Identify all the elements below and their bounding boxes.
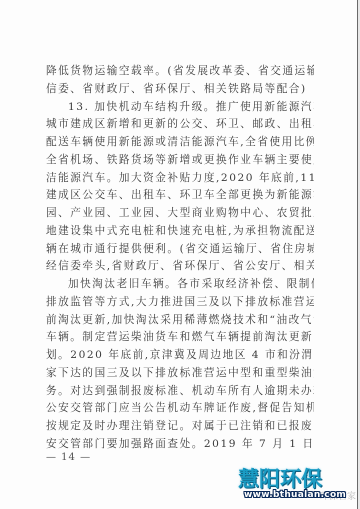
text-line: 家下达的国三及以下排放标准营运中型和重型柴油货车淘汰任 [46,365,314,383]
section-13-heading-line: 13. 加快机动车结构升级。推广使用新能源汽车。加快推进 [46,99,314,117]
text-line: 辆在城市通行提供便利。(省交通运输厅、省住房城乡建设厅、省 [46,241,314,259]
document-body: 降低货物运输空载率。(省发展改革委、省交通运输厅牵头,省经 信委、省财政厅、省环… [46,63,314,454]
page-number: — 14 — [46,452,91,463]
text-line: 务。对达到强制报废标准、机动车所有人逾期未办理注销登记的, [46,383,314,401]
text-line: 公安交管部门应当公告机动车牌证作废,督促告知机动车所有人 [46,400,314,418]
text-line: 洁能源汽车。加大资金补贴力度,2020 年底前,11 个设区市城市 [46,170,314,188]
text-line: 排放监管等方式,大力推进国三及以下排放标准营运柴油货车提 [46,294,314,312]
paragraph-start-line: 加快淘汰老旧车辆。各市采取经济补偿、限制使用、严格超标 [46,276,314,294]
text-line: 经信委牵头,省财政厅、省环保厅、省公安厅、相关铁路局等配合) [46,258,314,276]
text-line: 划。2020 年底前,京津冀及周边地区 4 市和汾渭平原 4 市完成国 [46,347,314,365]
text-line: 建成区公交车、出租车、环卫车全部更换为新能源汽车。在物流 [46,187,314,205]
text-line: 安交管部门要加强路面查处。2019 年 7 月 1 日起,重点区域提前 [46,436,314,454]
text-line: 车辆。制定营运柴油货车和燃气车辆提前淘汰更新目标及实施计 [46,329,314,347]
watermark-logo-text: 慧阳环保 [238,463,322,493]
watermark-url: www.bthualan.com [244,490,346,500]
text-line: 地建设集中式充电桩和快速充电桩,为承担物流配送的新能源车 [46,223,314,241]
document-page: 降低货物运输空载率。(省发展改革委、省交通运输厅牵头,省经 信委、省财政厅、省环… [0,0,360,509]
text-line: 前淘汰更新,加快淘汰采用稀薄燃烧技术和“油改气”的老旧燃气 [46,312,314,330]
text-line: 按规定及时办理注销登记。对属于已注销和已报废的机动车,公 [46,418,314,436]
text-line: 信委、省财政厅、省环保厅、相关铁路局等配合) [46,81,314,99]
text-line: 园、产业园、工业园、大型商业购物中心、农贸批发市场等物流集散 [46,205,314,223]
text-line: 配送车辆使用新能源或清洁能源汽车,全省使用比例达到80%; [46,134,314,152]
text-line: 全省机场、铁路货场等新增或更换作业车辆主要使用新能源或清 [46,152,314,170]
text-line: 降低货物运输空载率。(省发展改革委、省交通运输厅牵头,省经 [46,63,314,81]
text-line: 城市建成区新增和更新的公交、环卫、邮政、出租、通勤、轻型物流 [46,116,314,134]
watermark: 慧阳环保 环保管家 www.bthualan.com [238,463,348,507]
